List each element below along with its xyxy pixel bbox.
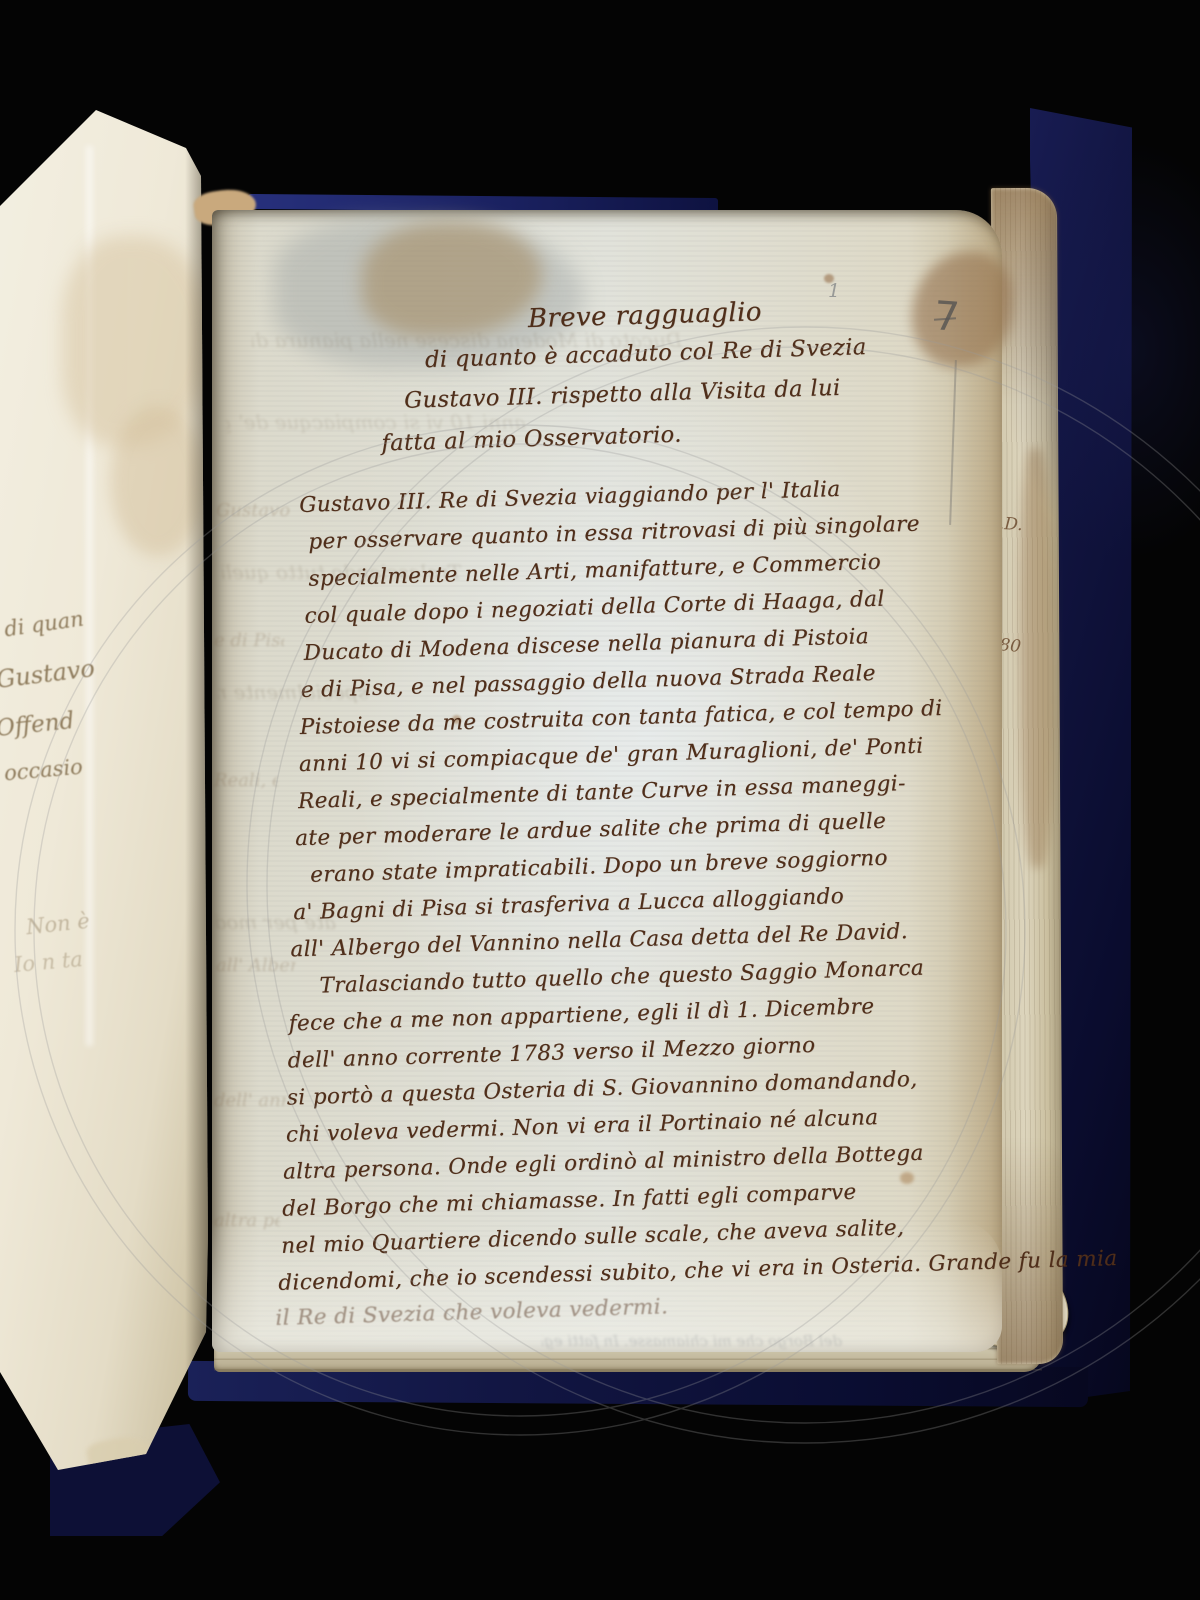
manuscript-line: erano state impraticabili. Dopo un breve… bbox=[310, 846, 888, 888]
manuscript-photograph: di quan Gustavo Offend occasio Non è Io … bbox=[0, 0, 1200, 1600]
manuscript-line: a' Bagni di Pisa si trasferiva a Lucca a… bbox=[293, 884, 844, 925]
manuscript-title-line: di quanto è accaduto col Re di Svezia bbox=[425, 334, 867, 373]
manuscript-line: Reali, e specialmente di tante Curve in … bbox=[298, 771, 906, 814]
manuscript-line: all' Albergo del Vannino nella Casa dett… bbox=[290, 919, 908, 962]
manuscript-line: Tralasciando tutto quello che questo Sag… bbox=[319, 956, 924, 999]
manuscript-line: dell' anno corrente 1783 verso il Mezzo … bbox=[287, 1033, 815, 1074]
manuscript-line: chi voleva vedermi. Non vi era il Portin… bbox=[286, 1105, 879, 1148]
recto-manuscript-page: Ducato di Modena discese nella pianura d… bbox=[212, 210, 1002, 1352]
manuscript-line-faded: il Re di Svezia che voleva vedermi. bbox=[275, 1294, 669, 1331]
manuscript-line: per osservare quanto in essa ritrovasi d… bbox=[308, 512, 920, 555]
handwritten-text-block: Breve ragguaglio di quanto è accaduto co… bbox=[203, 190, 1027, 1355]
manuscript-line: e di Pisa, e nel passaggio della nuova S… bbox=[300, 661, 876, 703]
manuscript-line: Pistoiese da me costruita con tanta fati… bbox=[299, 696, 942, 740]
manuscript-line: Gustavo III. Re di Svezia viaggiando per… bbox=[299, 477, 841, 518]
manuscript-title-line: Gustavo III. rispetto alla Visita da lui bbox=[404, 375, 841, 414]
manuscript-line: fece che a me non appartiene, egli il dì… bbox=[288, 994, 875, 1036]
manuscript-line: specialmente nelle Arti, manifatture, e … bbox=[308, 550, 881, 592]
bleedthrough-fragment: Gustavo bbox=[0, 654, 96, 694]
bleedthrough-fragment: Non è bbox=[25, 909, 91, 940]
bleedthrough-fragment: Offend bbox=[0, 708, 75, 742]
manuscript-title-line: Breve ragguaglio bbox=[527, 297, 762, 334]
folio-number-ink: 1 bbox=[828, 280, 840, 302]
manuscript-line: anni 10 vi si compiacque de' gran Muragl… bbox=[299, 734, 924, 778]
bleedthrough-fragment: di quan bbox=[3, 607, 85, 642]
manuscript-line: Ducato di Modena discese nella pianura d… bbox=[303, 624, 869, 666]
bleedthrough-fragment: occasio bbox=[3, 755, 84, 786]
manuscript-line: del Borgo che mi chiamasse. In fatti egl… bbox=[282, 1180, 857, 1222]
manuscript-line: ate per moderare le ardue salite che pri… bbox=[295, 809, 887, 852]
manuscript-line: si portò a questa Osteria di S. Giovanni… bbox=[286, 1067, 917, 1111]
manuscript-title-line: fatta al mio Osservatorio. bbox=[381, 422, 682, 457]
left-verso-page: di quan Gustavo Offend occasio Non è Io … bbox=[0, 106, 211, 1478]
fore-edge-stain-mid bbox=[1018, 448, 1054, 868]
manuscript-line: col quale dopo i negoziati della Corte d… bbox=[304, 587, 885, 629]
bleedthrough-fragment: Io n ta bbox=[13, 947, 84, 977]
manuscript-line: altra persona. Onde egli ordinò al minis… bbox=[283, 1141, 924, 1185]
manuscript-line: nel mio Quartiere dicendo sulle scale, c… bbox=[281, 1215, 905, 1258]
